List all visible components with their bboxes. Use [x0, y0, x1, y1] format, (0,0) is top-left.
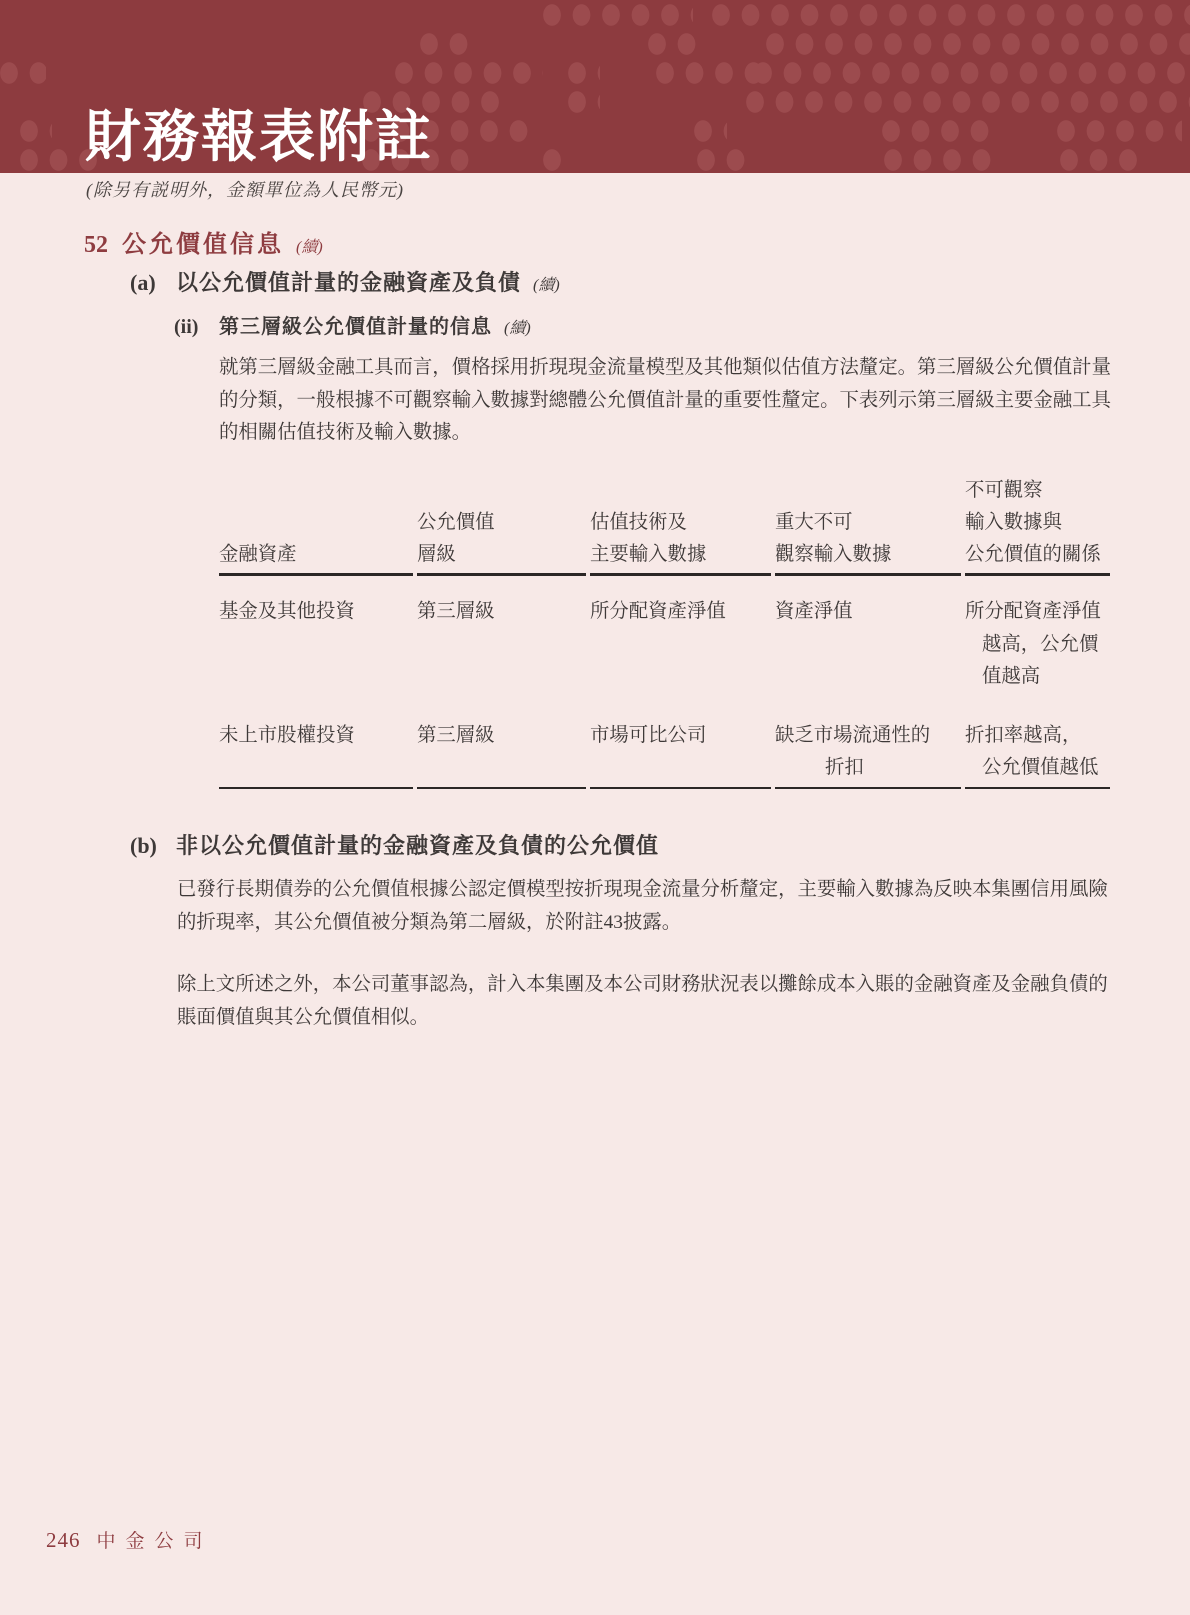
subsection-ii-label: (ii)	[174, 316, 219, 339]
section-number: 52	[84, 232, 108, 258]
table-header-relationship: 不可觀察 輸入數據與 公允價值的關係	[965, 475, 1110, 576]
section-title: 公允價值信息	[122, 232, 284, 258]
table-header-valuation-technique: 估值技術及 主要輸入數據	[590, 475, 771, 576]
page-footer: 246中金公司	[46, 1526, 213, 1553]
table-header-fair-value-level: 公允價值 層級	[417, 475, 586, 576]
subsection-a-title: 以公允價值計量的金融資產及負債	[176, 270, 521, 295]
table-row: 未上市股權投資	[219, 694, 413, 789]
subsection-ii-continued: (續)	[504, 320, 531, 337]
table-row: 基金及其他投資	[219, 576, 413, 694]
currency-note: (除另有説明外，金額單位為人民幣元)	[86, 176, 404, 202]
subsection-ii-heading: (ii)第三層級公允價值計量的信息(續)	[174, 310, 531, 339]
table-header-unobservable-inputs: 重大不可 觀察輸入數據	[775, 475, 961, 576]
subsection-b-title: 非以公允價值計量的金融資產及負債的公允價值	[176, 833, 659, 858]
level3-valuation-table: 金融資產 公允價值 層級 估值技術及 主要輸入數據 重大不可 觀察輸入數據 不可…	[219, 475, 1110, 789]
document-page: 財務報表附註 (除另有説明外，金額單位為人民幣元) 52公允價值信息(續) (a…	[0, 0, 1190, 1615]
subsection-b-paragraph-1: 已發行長期債券的公允價值根據公認定價模型按折現現金流量分析釐定，主要輸入數據為反…	[177, 874, 1117, 939]
subsection-b-paragraph-2: 除上文所述之外，本公司董事認為，計入本集團及本公司財務狀況表以攤餘成本入賬的金融…	[177, 969, 1117, 1034]
subsection-a-heading: (a)以公允價值計量的金融資產及負債(續)	[130, 266, 560, 297]
page-number: 246	[46, 1528, 81, 1552]
subsection-b-label: (b)	[130, 833, 176, 859]
section-continued: (續)	[296, 239, 323, 256]
table-header-financial-assets: 金融資產	[219, 475, 413, 576]
section-52-heading: 52公允價值信息(續)	[84, 224, 323, 259]
subsection-b-heading: (b)非以公允價值計量的金融資產及負債的公允價值	[130, 829, 659, 860]
page-banner: 財務報表附註	[0, 0, 1190, 173]
level3-paragraph: 就第三層級金融工具而言，價格採用折現現金流量模型及其他類似估值方法釐定。第三層級…	[219, 352, 1119, 450]
subsection-ii-title: 第三層級公允價值計量的信息	[219, 316, 492, 338]
subsection-a-continued: (續)	[533, 277, 560, 294]
company-name: 中金公司	[97, 1531, 213, 1552]
page-title: 財務報表附註	[85, 108, 433, 168]
subsection-a-label: (a)	[130, 270, 176, 296]
